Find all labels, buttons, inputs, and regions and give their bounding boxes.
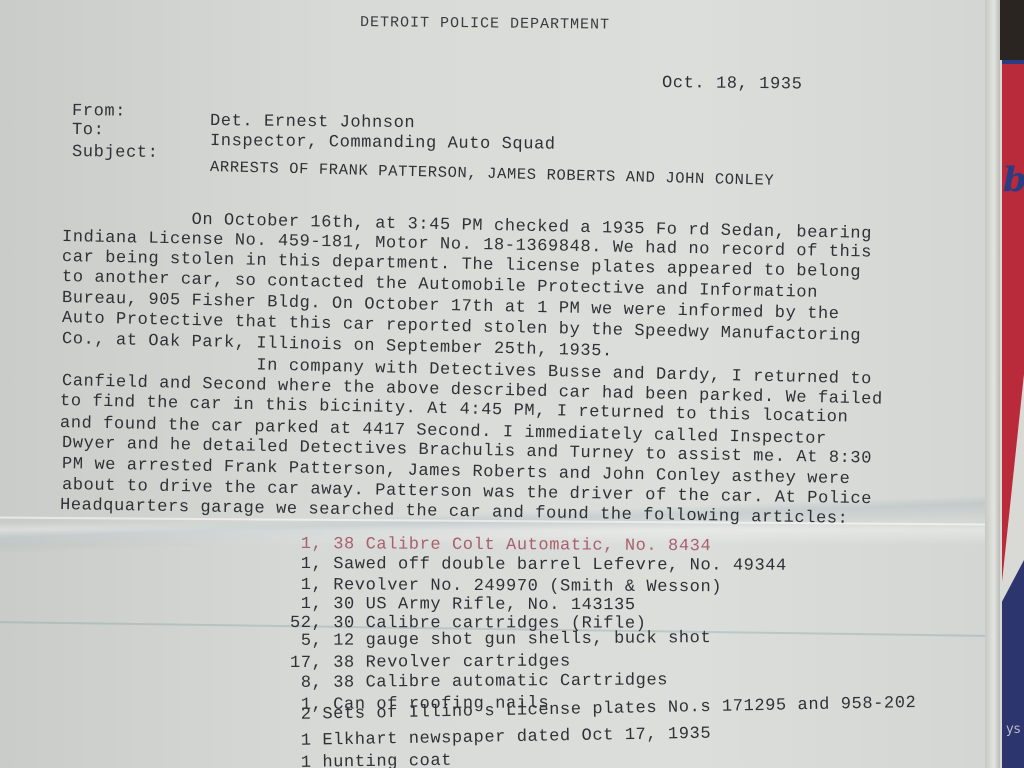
article-item: 1, Sawed off double barrel Lefevre, No. … (290, 555, 787, 576)
subject-label: Subject: (72, 143, 159, 163)
memo-date: Oct. 18, 1935 (662, 74, 803, 94)
article-item: 1, Revolver No. 249970 (Smith & Wesson) (290, 576, 722, 597)
to-value: Inspector, Commanding Auto Squad (210, 132, 556, 155)
article-item: 8, 38 Calibre automatic Cartridges (290, 671, 668, 693)
article-item: 5, 12 gauge shot gun shells, buck shot (290, 629, 711, 651)
book-text-fragment: ys (1006, 722, 1020, 737)
article-item: 1 Elkhart newspaper dated Oct 17, 1935 (290, 725, 712, 751)
letterhead: DETROIT POLICE DEPARTMENT (360, 14, 610, 34)
book-cover-stripe (1002, 60, 1024, 64)
book-cover-red (1002, 62, 1024, 582)
background-shadow (1000, 0, 1024, 60)
article-item: 1 hunting coat (290, 752, 452, 768)
memo-page: DETROIT POLICE DEPARTMENT Oct. 18, 1935 … (0, 0, 985, 768)
article-item: 17, 38 Revolver cartridges (290, 653, 571, 673)
article-item: 1, 30 US Army Rifle, No. 143135 (290, 595, 636, 615)
from-value: Det. Ernest Johnson (210, 112, 415, 133)
subject-value: ARRESTS OF FRANK PATTERSON, JAMES ROBERT… (210, 158, 775, 190)
book-logo-fragment: b (1003, 160, 1024, 200)
from-label: From: (72, 102, 126, 122)
paper-fold-edge (985, 0, 1000, 768)
article-item: 1, 38 Calibre Colt Automatic, No. 8434 (290, 535, 711, 556)
background-book: b ys (1000, 0, 1024, 768)
to-label: To: (72, 121, 105, 140)
